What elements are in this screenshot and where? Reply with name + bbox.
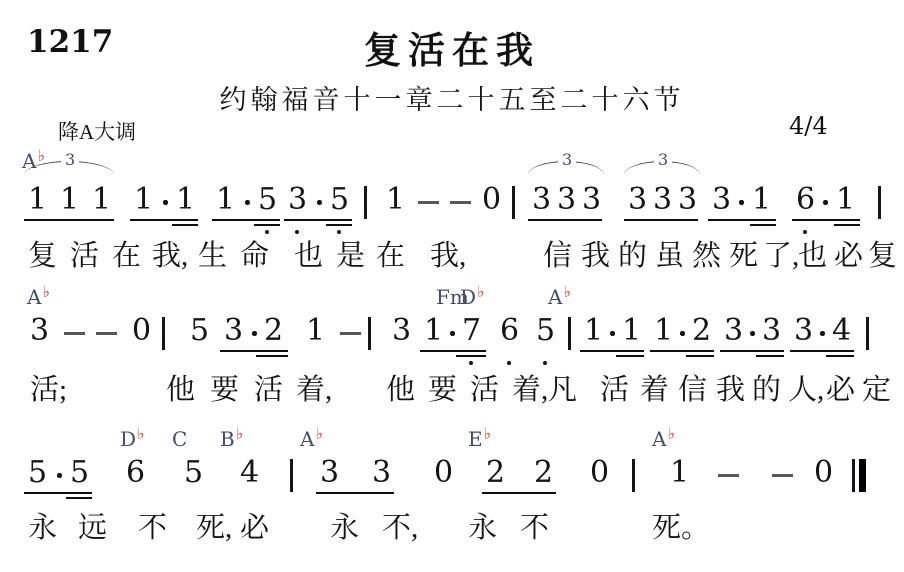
lyric-syllable: 也 [798,240,827,272]
octave-dot [543,361,547,365]
chord-root: D [460,285,476,309]
barline [878,186,881,219]
note: 3 [288,185,307,215]
lyric-syllable: 他 [166,374,195,406]
chord-symbol: A♭ [548,286,571,310]
barline [568,317,571,350]
note: 1 [134,185,153,215]
lyric-syllable: 永 [468,512,497,544]
beam [456,355,486,357]
lyric-syllable: 信 [543,240,572,272]
final-barline-thin [852,459,855,492]
barline [364,186,367,219]
note: 1 [836,185,855,215]
note: 2 [692,316,711,346]
beam [756,355,784,357]
note: 1 [306,316,325,346]
barline [368,317,371,350]
lyric-syllable: 活 [470,374,499,406]
beam [220,350,288,352]
lyric-syllable: 凡 [548,374,577,406]
octave-dot [507,361,511,365]
lyric-syllable: 复 [28,240,57,272]
lyric-syllable: 永 [28,512,57,544]
note: 5 [28,458,47,488]
note: 5 [190,316,209,346]
lyric-syllable: 定 [862,374,891,406]
chord-symbol: C [172,428,187,451]
lyric-syllable: 活 [600,374,629,406]
flat-icon: ♭ [667,424,675,443]
chord-root: A [548,285,562,309]
chord-symbol: B♭ [220,428,243,452]
note: 1 [60,185,79,215]
beam [24,492,92,494]
flat-icon: ♭ [484,424,492,443]
lyric-syllable: 然 [692,240,721,272]
note: 3 [762,316,781,346]
lyric-syllable: 我, [152,240,188,272]
beam [792,219,860,221]
note: 1 [670,458,689,488]
lyric-syllable: 我, [430,240,466,272]
chord-symbol: A♭ [27,286,50,310]
note: 1 [752,185,771,215]
flat-icon: ♭ [42,282,50,301]
rest: 0 [482,185,501,215]
rhythm-dot [823,200,828,205]
lyric-syllable: 远 [78,512,107,544]
note: 2 [486,458,505,488]
lyric-syllable: 是 [336,240,365,272]
lyric-syllable: 活; [30,374,67,406]
lyric-syllable: 着, [296,374,332,406]
octave-dot [337,230,341,234]
lyric-syllable: 生 [198,240,227,272]
flat-icon: ♭ [477,282,485,301]
rhythm-dot [750,331,755,336]
chord-root: E [468,427,483,451]
flat-icon: ♭ [563,282,571,301]
rest: 0 [814,458,833,488]
note: 6 [796,185,815,215]
chord-root: A [300,427,314,451]
note: 1 [28,185,47,215]
key-signature: 降A大调 [58,116,136,146]
hymn-sheet: 1217 复活在我 约翰福音十一章二十五至二十六节 降A大调 4/4 A♭333… [0,0,904,572]
note: 3 [582,185,601,215]
lyric-syllable: 虽 [655,240,684,272]
note: 6 [500,316,519,346]
beam [284,219,352,221]
rhythm-dot [610,331,615,336]
lyric-syllable: 要 [210,374,239,406]
lyric-syllable: 死。 [652,512,710,544]
rest: 0 [434,458,453,488]
chord-root: C [172,427,187,451]
rhythm-dot [57,473,62,478]
beam [420,350,486,352]
note: 5 [70,458,89,488]
tuplet-number: 3 [654,152,672,168]
note: 4 [832,316,851,346]
note: 3 [224,316,243,346]
song-title: 复活在我 [0,20,904,74]
rhythm-dot [820,331,825,336]
note: 3 [628,185,647,215]
note: 5 [536,316,555,346]
beam [580,350,644,352]
chord-symbol: E♭ [468,428,491,452]
lyric-syllable: 了, [763,240,799,272]
lyric-syllable: 不, [382,512,418,544]
note: 1 [386,185,405,215]
duration-dash [450,201,471,204]
lyric-syllable: 信 [678,374,707,406]
note: 1 [584,316,603,346]
beam [708,219,776,221]
lyric-syllable: 命 [240,240,269,272]
lyric-syllable: 在 [376,240,405,272]
note: 1 [622,316,641,346]
lyric-syllable: 必 [240,512,269,544]
beam [650,350,714,352]
note: 1 [216,185,235,215]
beam [316,492,394,494]
duration-dash [772,474,793,477]
note: 1 [176,185,195,215]
beam [686,355,714,357]
lyric-syllable: 他 [386,374,415,406]
lyric-syllable: 也 [294,240,323,272]
lyric-syllable: 着, [512,374,548,406]
note: 5 [258,185,277,215]
beam [326,224,352,226]
lyric-syllable: 死, [196,512,232,544]
rhythm-dot [245,200,250,205]
time-signature: 4/4 [789,112,828,140]
beam [130,219,198,221]
chord-symbol: D♭ [460,286,485,310]
beam [172,224,198,226]
rhythm-dot [163,200,168,205]
note: 3 [653,185,672,215]
lyric-syllable: 要 [428,374,457,406]
lyric-syllable: 在 [112,240,141,272]
barline [290,459,293,492]
beam [528,219,602,221]
lyric-syllable: 不 [520,512,549,544]
flat-icon: ♭ [236,424,244,443]
beam [256,355,288,357]
barline [866,317,869,350]
note: 2 [534,458,553,488]
beam [790,350,854,352]
flat-icon: ♭ [315,424,323,443]
chord-symbol: A♭ [300,428,323,452]
octave-dot [295,230,299,234]
note: 5 [184,458,203,488]
lyric-syllable: 着 [640,374,669,406]
note: 7 [462,316,481,346]
lyric-syllable: 我 [716,374,745,406]
chord-root: A [27,285,41,309]
octave-dot [803,230,807,234]
flat-icon: ♭ [37,146,45,165]
rhythm-dot [680,331,685,336]
beam [834,224,860,226]
note: 1 [654,316,673,346]
octave-dot [469,361,473,365]
beam [66,497,92,499]
rest: 0 [132,316,151,346]
barline [162,317,165,350]
lyric-syllable: 死 [729,240,758,272]
lyric-syllable: 人, [788,374,824,406]
final-barline-thick [859,459,866,492]
lyric-syllable: 必 [834,240,863,272]
duration-dash [718,474,739,477]
barline [512,186,515,219]
lyric-syllable: 必 [826,374,855,406]
rhythm-dot [739,200,744,205]
beam [24,219,114,221]
rest: 0 [590,458,609,488]
duration-dash [64,332,85,335]
note: 1 [424,316,443,346]
note: 2 [264,316,283,346]
note: 3 [372,458,391,488]
lyric-syllable: 的 [752,374,781,406]
lyric-syllable: 我 [581,240,610,272]
rhythm-dot [450,331,455,336]
duration-dash [340,332,361,335]
note: 3 [794,316,813,346]
lyric-syllable: 活 [254,374,283,406]
octave-dot [265,230,269,234]
beam [254,224,280,226]
note: 3 [30,316,49,346]
chord-symbol: D♭ [120,428,145,452]
note: 3 [532,185,551,215]
note: 1 [92,185,111,215]
beam [826,355,854,357]
note: 3 [724,316,743,346]
tuplet-number: 3 [61,152,79,168]
beam [482,492,556,494]
chord-root: A [652,427,666,451]
flat-icon: ♭ [137,424,145,443]
barline [632,459,635,492]
chord-root: D [120,427,136,451]
note: 3 [320,458,339,488]
note: 6 [126,458,145,488]
scripture-reference: 约翰福音十一章二十五至二十六节 [0,78,904,117]
note: 3 [392,316,411,346]
chord-symbol: A♭ [652,428,675,452]
beam [720,350,784,352]
note: 3 [557,185,576,215]
lyric-syllable: 活 [70,240,99,272]
duration-dash [96,332,117,335]
duration-dash [418,201,439,204]
lyric-syllable: 不 [138,512,167,544]
rhythm-dot [252,331,257,336]
note: 3 [678,185,697,215]
beam [624,219,698,221]
lyric-syllable: 的 [618,240,647,272]
lyric-syllable: 复 [868,240,897,272]
beam [616,355,644,357]
lyric-syllable: 永 [330,512,359,544]
note: 4 [240,458,259,488]
beam [750,224,776,226]
note: 3 [712,185,731,215]
chord-root: B [220,427,235,451]
rhythm-dot [317,200,322,205]
tuplet-number: 3 [558,152,576,168]
beam [212,219,280,221]
note: 5 [330,185,349,215]
